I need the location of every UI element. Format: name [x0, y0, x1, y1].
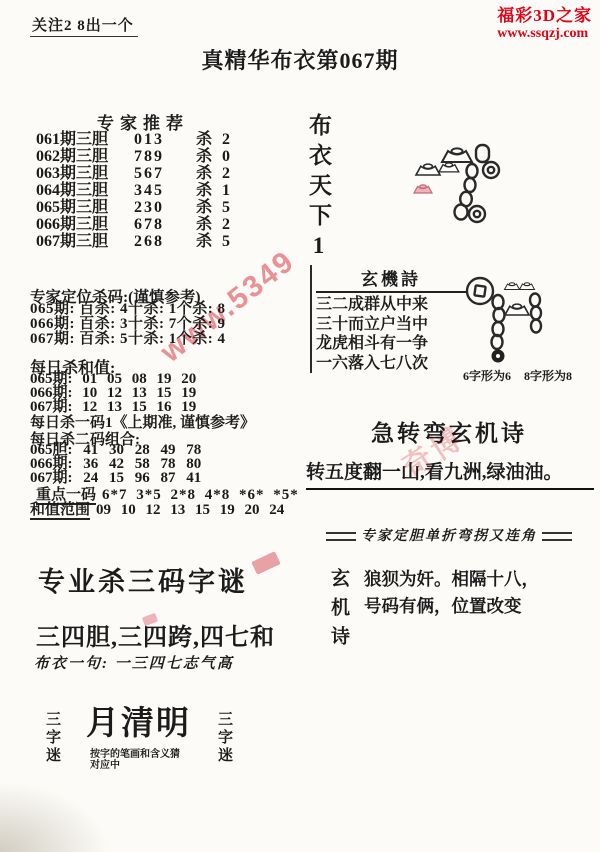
brand-name: 福彩3D之家: [497, 6, 592, 26]
list-item: 066期: 36 42 58 78 80: [30, 457, 201, 471]
chain-link-icon: [476, 145, 489, 162]
list-item: 065期: 01 05 08 19 20: [30, 372, 196, 386]
coin-hole-icon: [496, 354, 500, 358]
poem-line: 三十而立户当中: [316, 315, 466, 335]
riddle-side-label-left: 三字迷: [42, 711, 63, 765]
table-row: 064期三胆345杀1: [36, 182, 242, 199]
chain-link-icon: [455, 205, 468, 220]
chain-link-icon: [530, 294, 540, 307]
chain-link-icon: [467, 164, 478, 178]
ingot-icon: [442, 148, 472, 162]
pink-ingot-icon: [414, 185, 432, 193]
chain-link-icon: [531, 307, 541, 320]
chain-link-icon: [465, 178, 476, 192]
list-item: 066期: 10 12 13 15 19: [30, 386, 196, 400]
list-item: 065期: 百杀: 4十杀: 1个杀: 8: [30, 302, 225, 317]
position-kill-rows: 065期: 百杀: 4十杀: 1个杀: 8 066期: 百杀: 3十杀: 7个杀…: [30, 302, 225, 347]
daily-kill-sum-rows: 065期: 01 05 08 19 20 066期: 10 12 13 15 1…: [30, 372, 196, 414]
expert-dingdan-footer: 专家定胆单折弯拐又连角: [300, 525, 598, 545]
number-shape-puzzle: [460, 270, 555, 370]
sum-range-value: 09 10 12 13 15 19 20 24: [96, 502, 284, 518]
mystery-poem-box: 玄機詩 三二成群从中来 三十而立户当中 龙虎相斗有一争 一六落入七八次: [310, 265, 466, 373]
page-title: 真精华布衣第067期: [150, 44, 450, 75]
coin-hole-icon: [474, 211, 480, 217]
table-row: 062期三胆789杀0: [36, 148, 242, 165]
mystery-poem-header: 玄機詩: [316, 265, 466, 293]
chain-link-icon: [531, 320, 541, 333]
table-row: 061期三胆013杀2: [36, 131, 242, 148]
sharp-turn-title: 急转弯玄机诗: [300, 415, 598, 448]
right-column: 布衣天下1 玄機詩 三二成群从中来 三十而立户当中 龙虎相斗有一争: [300, 105, 598, 852]
mystery-text: 狼狈为奸。相隔十八， 号码有俩，位置改变: [364, 566, 539, 620]
left-column: 专家推荐 061期三胆013杀2 062期三胆789杀0 063期三胆567杀2…: [28, 105, 300, 852]
ingot-icon: [416, 164, 440, 175]
divider: [326, 532, 356, 541]
table-row: 067期三胆268杀5: [36, 233, 242, 250]
daily-two-combo-rows: 065胆: 41 30 28 49 78 066期: 36 42 58 78 8…: [30, 443, 201, 485]
brand-url: www.ssqzj.com: [497, 26, 592, 42]
sharp-turn-line: 转五度翻一山,看九洲,绿油油。: [306, 457, 594, 490]
kill-three-line: 三四胆,三四跨,四七和: [36, 617, 275, 652]
list-item: 065胆: 41 30 28 49 78: [30, 443, 201, 457]
lottery-sheet-page: 关注2 8出一个 福彩3D之家 www.ssqzj.com 真精华布衣第067期…: [0, 0, 600, 852]
table-row: 066期三胆678杀2: [36, 216, 242, 233]
coin-hole-icon: [488, 167, 494, 173]
mystery-vertical-label: 玄机诗: [325, 568, 352, 655]
poem-line: 龙虎相斗有一争: [316, 334, 466, 354]
sum-range-line: 和值范围09 10 12 13 15 19 20 24: [30, 498, 284, 519]
ingot-icon: [505, 304, 529, 315]
list-item: 066期: 百杀: 3十杀: 7个杀: 9: [30, 317, 225, 332]
riddle-side-label-right: 三字迷: [214, 711, 235, 765]
poem-line: 三二成群从中来: [316, 295, 466, 315]
coin-icon: [483, 162, 499, 178]
ingot-icon: [520, 283, 535, 290]
coin-icon: [467, 278, 493, 304]
riddle-word: 月清明: [86, 697, 191, 744]
bottom-mystery-block: 玄机诗 狼狈为奸。相隔十八， 号码有俩，位置改变: [300, 560, 598, 690]
shape-caption: 6字形为6 8字形为8: [463, 367, 572, 384]
buyi-sentence: 布衣一句: 一三四七志气高: [34, 652, 234, 673]
buyi-tianxia-vertical-title: 布衣天下1: [302, 113, 335, 283]
coin-hole-icon: [474, 285, 485, 296]
sum-range-label: 和值范围: [30, 502, 90, 520]
buyi-picture-puzzle: [410, 135, 510, 235]
table-row: 065期三胆230杀5: [36, 199, 242, 216]
table-row: 063期三胆567杀2: [36, 165, 242, 182]
divider: [542, 532, 572, 541]
ingot-icon: [439, 163, 459, 172]
three-char-riddle: 三字迷 月清明 按字的笔画和含义猜 对应中 三字迷: [28, 697, 300, 807]
poem-line: 一六落入七八次: [316, 354, 466, 374]
kill-three-title: 专业杀三码字谜: [38, 560, 248, 599]
coin-icon: [469, 206, 485, 222]
recommend-table: 061期三胆013杀2 062期三胆789杀0 063期三胆567杀2 064期…: [36, 131, 242, 250]
ingot-icon: [505, 283, 520, 290]
site-brand: 福彩3D之家 www.ssqzj.com: [497, 6, 592, 42]
top-left-note: 关注2 8出一个: [30, 14, 138, 37]
riddle-notes: 按字的笔画和含义猜 对应中: [90, 749, 180, 771]
list-item: 067期: 百杀: 5十杀: 1个杀: 4: [30, 332, 225, 347]
